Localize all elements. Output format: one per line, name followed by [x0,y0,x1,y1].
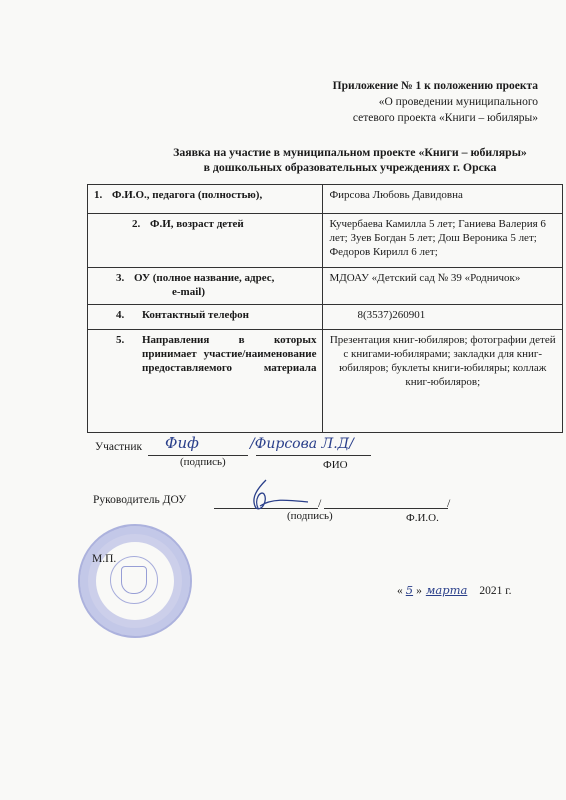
appendix-subtitle-1: «О проведении муниципального [333,94,538,110]
participant-fio-line [256,455,371,456]
signature-caption: (подпись) [180,456,226,468]
date-year: 2021 г. [479,585,511,597]
date-month: марта [422,583,480,597]
row-label: 1.Ф.И.О., педагога (полностью), [88,185,323,214]
row-label: 5. Направления в которых принимает участ… [88,330,323,433]
table-row: 3.ОУ (полное название, адрес, e-mail) МД… [88,268,563,305]
appendix-subtitle-2: сетевого проекта «Книги – юбиляры» [333,110,538,126]
slash-separator: / [447,496,450,511]
row-label: 4.Контактный телефон [88,305,323,330]
row-label: 2.Ф.И, возраст детей [88,214,323,268]
appendix-title: Приложение № 1 к положению проекта [333,78,538,94]
fio-caption: ФИО [323,459,348,471]
title-line-2: в дошкольных образовательных учреждениях… [140,160,560,175]
teacher-name-value: Фирсова Любовь Давидовна [323,185,563,214]
table-row: 5. Направления в которых принимает участ… [88,330,563,433]
head-fio-caption: Ф.И.О. [406,512,439,524]
table-row: 4.Контактный телефон 8(3537)260901 [88,305,563,330]
slash-separator: / [318,496,321,511]
row-label: 3.ОУ (полное название, адрес, e-mail) [88,268,323,305]
appendix-header: Приложение № 1 к положению проекта «О пр… [333,78,538,126]
title-line-1: Заявка на участие в муниципальном проект… [140,145,560,160]
table-row: 1.Ф.И.О., педагога (полностью), Фирсова … [88,185,563,214]
participant-name-handwritten: /Фирсова Л.Д/ [250,436,354,452]
stamp-emblem-icon [121,566,147,594]
materials-value: Презентация книг-юбиляров; фотографии де… [323,330,563,433]
institution-value: МДОАУ «Детский сад № 39 «Родничок» [323,268,563,305]
date-line: «5»марта2021 г. [397,583,557,597]
head-signature-caption: (подпись) [287,510,333,522]
participant-signature: Фиф [165,434,199,452]
official-stamp [78,524,192,638]
head-fio-line [324,508,448,509]
stamp-label: М.П. [92,553,116,565]
participant-label: Участник [95,441,142,453]
head-label: Руководитель ДОУ [93,494,186,506]
children-value: Кучербаева Камилла 5 лет; Ганиева Валери… [323,214,563,268]
application-table: 1.Ф.И.О., педагога (полностью), Фирсова … [87,184,563,433]
phone-value: 8(3537)260901 [323,305,563,330]
document-title: Заявка на участие в муниципальном проект… [140,145,560,175]
table-row: 2.Ф.И, возраст детей Кучербаева Камилла … [88,214,563,268]
date-day: 5 [403,583,416,597]
